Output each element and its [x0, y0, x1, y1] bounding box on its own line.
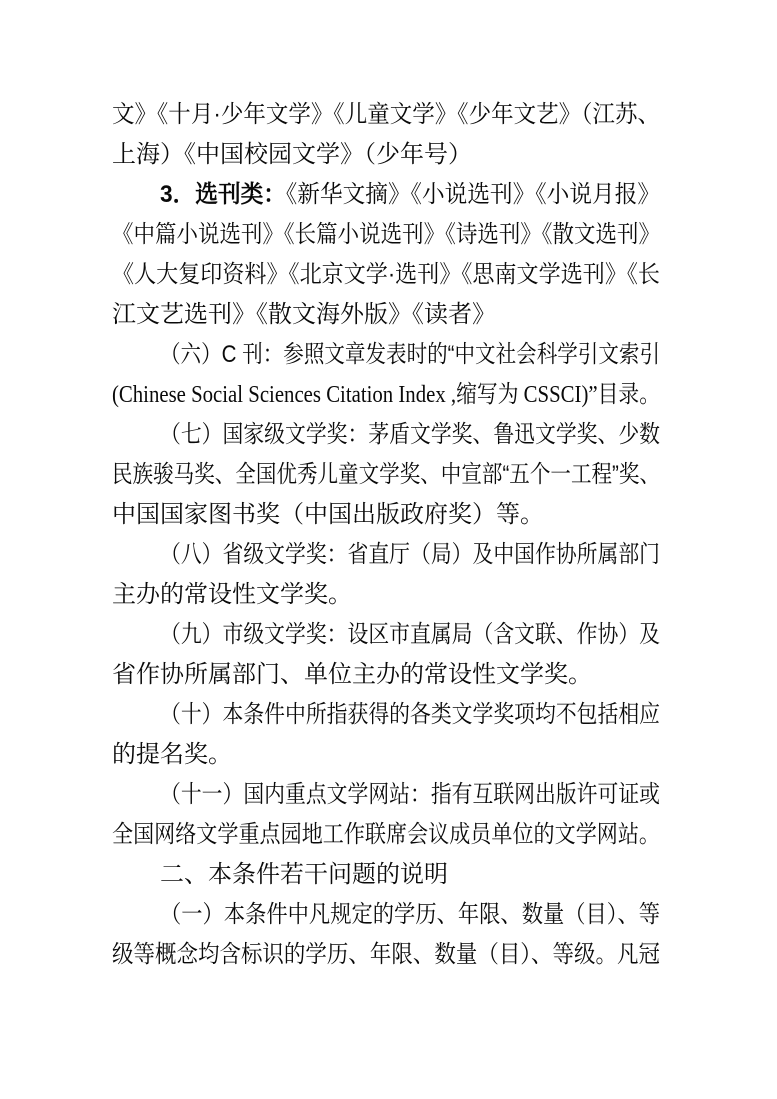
text-segment: （八）省级文学奖：省直厅（局）及中国作协所属部门 — [160, 541, 660, 568]
text-line-inner: （十一）国内重点文学网站：指有互联网出版许可证或 — [160, 775, 660, 815]
text-segment: 全国网络文学重点园地工作联席会议成员单位的文学网站。 — [112, 821, 660, 848]
text-line: （八）省级文学奖：省直厅（局）及中国作协所属部门 — [112, 535, 660, 575]
text-segment: （九）市级文学奖：设区市直属局（含文联、作协）及 — [160, 621, 660, 648]
text-line: （九）市级文学奖：设区市直属局（含文联、作协）及 — [112, 615, 660, 655]
text-line-inner: 《人大复印资料》《北京文学·选刊》《思南文学选刊》《长 — [112, 255, 660, 295]
text-segment: 的提名奖。 — [112, 741, 232, 768]
text-segment: （七）国家级文学奖：茅盾文学奖、鲁迅文学奖、少数 — [160, 421, 660, 448]
text-segment: 省作协所属部门、单位主办的常设性文学奖。 — [112, 661, 592, 688]
text-line-inner: (Chinese Social Sciences Citation Index … — [112, 375, 660, 415]
text-line-inner: 江文艺选刊》《散文海外版》《读者》 — [112, 295, 496, 335]
text-line-inner: 3．选刊类：《新华文摘》《小说选刊》《小说月报》 — [160, 175, 660, 215]
text-line-inner: 二、本条件若干问题的说明 — [160, 855, 448, 895]
text-line-inner: （八）省级文学奖：省直厅（局）及中国作协所属部门 — [160, 535, 660, 575]
text-segment: 民族骏马奖、全国优秀儿童文学奖、中宣部“五个一工程”奖、 — [112, 461, 660, 488]
text-line-inner: （六）C 刊：参照文章发表时的“中文社会科学引文索引 — [160, 335, 660, 375]
text-line-inner: （九）市级文学奖：设区市直属局（含文联、作协）及 — [160, 615, 660, 655]
text-line: 3．选刊类：《新华文摘》《小说选刊》《小说月报》 — [112, 175, 660, 215]
text-line: 省作协所属部门、单位主办的常设性文学奖。 — [112, 655, 660, 695]
text-line: 二、本条件若干问题的说明 — [112, 855, 660, 895]
text-line: （十）本条件中所指获得的各类文学奖项均不包括相应 — [112, 695, 660, 735]
text-line: 江文艺选刊》《散文海外版》《读者》 — [112, 295, 660, 335]
text-line-inner: 民族骏马奖、全国优秀儿童文学奖、中宣部“五个一工程”奖、 — [112, 455, 660, 495]
text-line: （一）本条件中凡规定的学历、年限、数量（目）、等 — [112, 895, 660, 935]
text-line: （七）国家级文学奖：茅盾文学奖、鲁迅文学奖、少数 — [112, 415, 660, 455]
text-line: （六）C 刊：参照文章发表时的“中文社会科学引文索引 — [112, 335, 660, 375]
text-line-inner: 文》《十月·少年文学》《儿童文学》《少年文艺》（江苏、 — [112, 95, 660, 135]
text-line-inner: 省作协所属部门、单位主办的常设性文学奖。 — [112, 655, 592, 695]
text-segment: （一）本条件中凡规定的学历、年限、数量（目）、等 — [160, 901, 660, 928]
text-segment: （十）本条件中所指获得的各类文学奖项均不包括相应 — [160, 701, 660, 728]
text-line: 的提名奖。 — [112, 735, 660, 775]
text-line-inner: 全国网络文学重点园地工作联席会议成员单位的文学网站。 — [112, 815, 660, 855]
text-line: 全国网络文学重点园地工作联席会议成员单位的文学网站。 — [112, 815, 660, 855]
text-line: 主办的常设性文学奖。 — [112, 575, 660, 615]
text-segment: 主办的常设性文学奖。 — [112, 581, 352, 608]
text-line: 《中篇小说选刊》《长篇小说选刊》《诗选刊》《散文选刊》 — [112, 215, 660, 255]
text-line-inner: 上海）《中国校园文学》（少年号） — [112, 135, 472, 175]
text-segment: 《中篇小说选刊》《长篇小说选刊》《诗选刊》《散文选刊》 — [112, 221, 660, 248]
text-segment: 《新华文摘》《小说选刊》《小说月报》 — [286, 181, 660, 208]
text-segment: 上海）《中国校园文学》（少年号） — [112, 141, 472, 168]
text-line-inner: 级等概念均含标识的学历、年限、数量（目）、等级。凡冠 — [112, 935, 660, 975]
text-line-inner: 的提名奖。 — [112, 735, 232, 775]
text-segment: （十一）国内重点文学网站：指有互联网出版许可证或 — [160, 781, 660, 808]
text-content: 文》《十月·少年文学》《儿童文学》《少年文艺》（江苏、上海）《中国校园文学》（少… — [112, 95, 660, 975]
text-line-inner: （七）国家级文学奖：茅盾文学奖、鲁迅文学奖、少数 — [160, 415, 660, 455]
text-line: 上海）《中国校园文学》（少年号） — [112, 135, 660, 175]
text-segment: 《人大复印资料》《北京文学·选刊》《思南文学选刊》《长 — [112, 261, 660, 288]
text-line: 《人大复印资料》《北京文学·选刊》《思南文学选刊》《长 — [112, 255, 660, 295]
text-line-inner: （十）本条件中所指获得的各类文学奖项均不包括相应 — [160, 695, 660, 735]
text-segment: 二、本条件若干问题的说明 — [160, 861, 448, 888]
bold-text-segment: 3．选刊类： — [160, 181, 286, 208]
text-segment: （六）C 刊：参照文章发表时的“中文社会科学引文索引 — [160, 341, 660, 368]
text-line: （十一）国内重点文学网站：指有互联网出版许可证或 — [112, 775, 660, 815]
text-line-inner: 主办的常设性文学奖。 — [112, 575, 352, 615]
latin-text-segment: (Chinese Social Sciences Citation Index … — [112, 382, 456, 408]
text-line: 文》《十月·少年文学》《儿童文学》《少年文艺》（江苏、 — [112, 95, 660, 135]
text-segment: 中国国家图书奖（中国出版政府奖）等。 — [112, 501, 544, 528]
text-line-inner: （一）本条件中凡规定的学历、年限、数量（目）、等 — [160, 895, 660, 935]
text-line: (Chinese Social Sciences Citation Index … — [112, 375, 660, 415]
text-segment: 缩写为 — [456, 381, 518, 408]
latin-text-segment: CSSCI)” — [518, 382, 597, 408]
text-segment: 级等概念均含标识的学历、年限、数量（目）、等级。凡冠 — [112, 941, 660, 968]
text-line: 中国国家图书奖（中国出版政府奖）等。 — [112, 495, 660, 535]
text-segment: 目录。 — [598, 381, 660, 408]
text-line-inner: 《中篇小说选刊》《长篇小说选刊》《诗选刊》《散文选刊》 — [112, 215, 660, 255]
document-page: 文》《十月·少年文学》《儿童文学》《少年文艺》（江苏、上海）《中国校园文学》（少… — [0, 0, 777, 1099]
text-line-inner: 中国国家图书奖（中国出版政府奖）等。 — [112, 495, 544, 535]
text-line: 民族骏马奖、全国优秀儿童文学奖、中宣部“五个一工程”奖、 — [112, 455, 660, 495]
text-segment: 江文艺选刊》《散文海外版》《读者》 — [112, 301, 496, 328]
text-line: 级等概念均含标识的学历、年限、数量（目）、等级。凡冠 — [112, 935, 660, 975]
text-segment: 文》《十月·少年文学》《儿童文学》《少年文艺》（江苏、 — [112, 101, 660, 128]
